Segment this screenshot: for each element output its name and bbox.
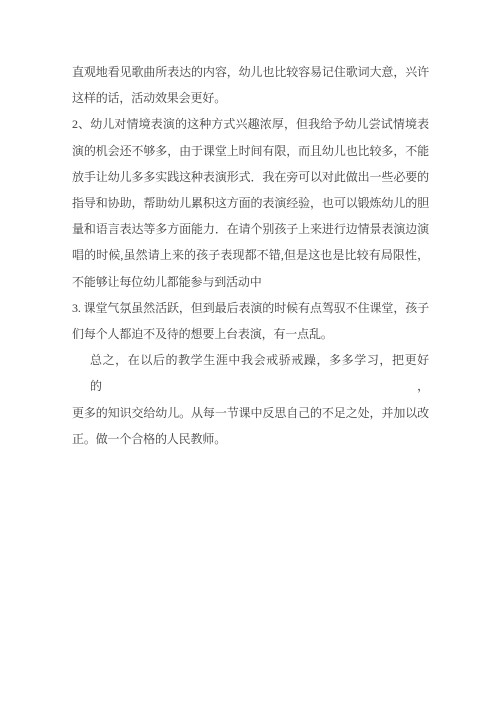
document-text-block: 直观地看见歌曲所表达的内容，幼儿也比较容易记住歌词大意，兴许 这样的话，活动效果… bbox=[72, 59, 429, 452]
text-line: 2、幼儿对情境表演的这种方式兴趣浓厚，但我给予幼儿尝试情境表 bbox=[72, 111, 429, 137]
text-line: 放手让幼儿多多实践这种表演形式．我在旁可以对此做出一些必要的 bbox=[72, 164, 429, 190]
text-line: 正。做一个合格的人民教师。 bbox=[72, 426, 429, 452]
text-line: 量和语言表达等多方面能力．在请个别孩子上来进行边情景表演边演 bbox=[72, 216, 429, 242]
text-line: 总之，在以后的教学生涯中我会戒骄戒躁，多多学习，把更好的， bbox=[72, 347, 429, 399]
text-line: 不能够让每位幼儿都能参与到活动中 bbox=[72, 269, 429, 295]
text-line: 唱的时候,虽然请上来的孩子表现都不错,但是这也是比较有局限性， bbox=[72, 242, 429, 268]
text-line: 指导和协助，帮助幼儿累积这方面的表演经验，也可以锻炼幼儿的胆 bbox=[72, 190, 429, 216]
text-line: 们每个人都迫不及待的想要上台表演，有一点乱。 bbox=[72, 321, 429, 347]
text-line: 直观地看见歌曲所表达的内容，幼儿也比较容易记住歌词大意，兴许 bbox=[72, 59, 429, 85]
text-line: 演的机会还不够多，由于课堂上时间有限，而且幼儿也比较多，不能 bbox=[72, 138, 429, 164]
text-line: 3. 课堂气氛虽然活跃，但到最后表演的时候有点驾驭不住课堂，孩子 bbox=[72, 295, 429, 321]
text-line: 这样的话，活动效果会更好。 bbox=[72, 85, 429, 111]
document-page: 直观地看见歌曲所表达的内容，幼儿也比较容易记住歌词大意，兴许 这样的话，活动效果… bbox=[0, 0, 500, 707]
text-line: 更多的知识交给幼儿。从每一节课中反思自己的不足之处，并加以改 bbox=[72, 400, 429, 426]
